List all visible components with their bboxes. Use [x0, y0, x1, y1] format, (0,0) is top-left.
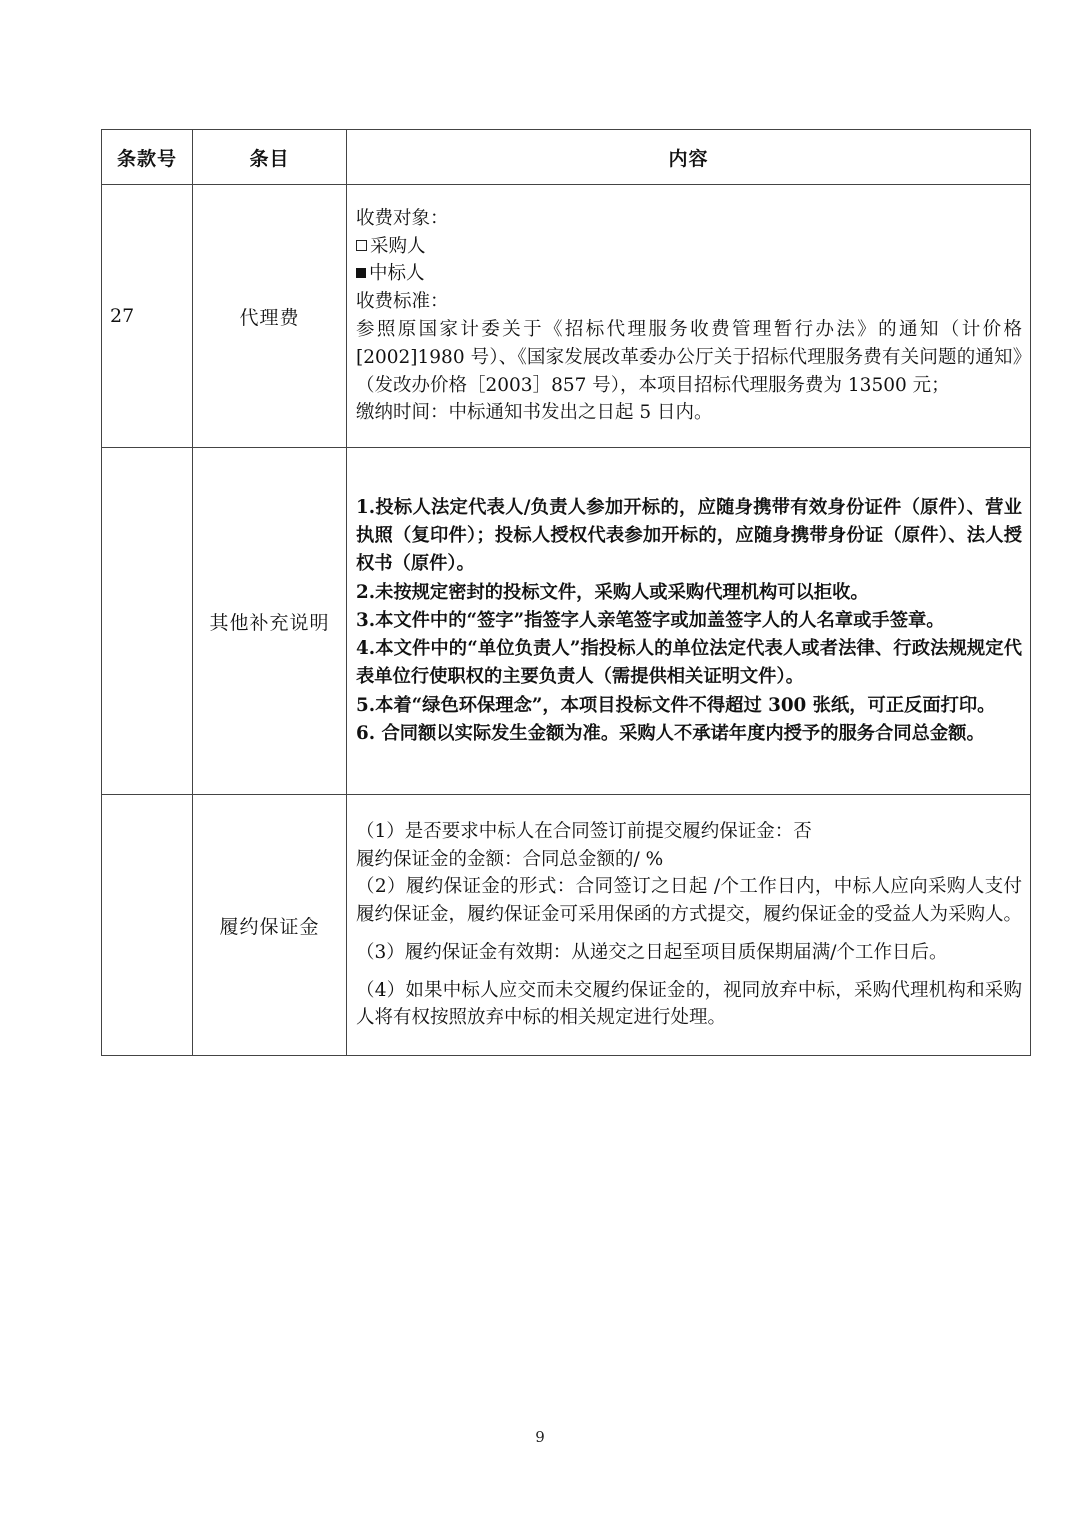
bond-item: （1）是否要求中标人在合同签订前提交履约保证金：否: [356, 818, 1022, 846]
clause-item: 代理费: [193, 185, 347, 448]
clause-table: 条款号 条目 内容 27 代理费 收费对象： 采购人 中标人 收费标准：: [101, 129, 1031, 1056]
clause-number: 27: [102, 185, 193, 448]
note-item: 4.本文件中的“单位负责人”指投标人的单位法定代表人或者法律、行政法规规定代表单…: [356, 635, 1022, 691]
table-row-performance-bond: 履约保证金 （1）是否要求中标人在合同签订前提交履约保证金：否 履约保证金的金额…: [102, 795, 1031, 1056]
table-row-supplementary-notes: 其他补充说明 1.投标人法定代表人/负责人参加开标的，应随身携带有效身份证件（原…: [102, 448, 1031, 795]
option-label: 中标人: [369, 263, 425, 284]
bond-item: 履约保证金的金额：合同总金额的/ %: [356, 846, 1022, 874]
table-header-row: 条款号 条目 内容: [102, 130, 1031, 185]
clause-number: [102, 795, 193, 1056]
unchecked-box-icon: [356, 240, 367, 251]
clause-content: （1）是否要求中标人在合同签订前提交履约保证金：否 履约保证金的金额：合同总金额…: [347, 795, 1031, 1056]
bond-item: （3）履约保证金有效期：从递交之日起至项目质保期届满/个工作日后。: [356, 939, 1022, 967]
charge-standard-text: 参照原国家计委关于《招标代理服务收费管理暂行办法》的通知（计价格[2002]19…: [356, 316, 1022, 399]
header-clause-no: 条款号: [102, 130, 193, 185]
checked-box-icon: [356, 268, 366, 278]
clause-item: 履约保证金: [193, 795, 347, 1056]
option-purchaser: 采购人: [356, 233, 1022, 261]
note-item: 3.本文件中的“签字”指签字人亲笔签字或加盖签字人的人名章或手签章。: [356, 607, 1022, 635]
note-item: 5.本着“绿色环保理念”，本项目投标文件不得超过 300 张纸，可正反面打印。: [356, 692, 1022, 720]
table-row-agency-fee: 27 代理费 收费对象： 采购人 中标人 收费标准： 参照原国家计委关于《招标代…: [102, 185, 1031, 448]
document-page: 条款号 条目 内容 27 代理费 收费对象： 采购人 中标人 收费标准：: [0, 0, 1080, 1527]
charge-target-label: 收费对象：: [356, 205, 1022, 233]
charge-standard-label: 收费标准：: [356, 288, 1022, 316]
option-winning-bidder: 中标人: [356, 260, 1022, 288]
clause-content: 1.投标人法定代表人/负责人参加开标的，应随身携带有效身份证件（原件）、营业执照…: [347, 448, 1031, 795]
bond-item: （2）履约保证金的形式：合同签订之日起 /个工作日内，中标人应向采购人支付履约保…: [356, 873, 1022, 929]
page-number: 9: [0, 1428, 1080, 1446]
note-item: 6. 合同额以实际发生金额为准。采购人不承诺年度内授予的服务合同总金额。: [356, 720, 1022, 748]
clause-content: 收费对象： 采购人 中标人 收费标准： 参照原国家计委关于《招标代理服务收费管理…: [347, 185, 1031, 448]
option-label: 采购人: [370, 236, 426, 257]
note-item: 2.未按规定密封的投标文件，采购人或采购代理机构可以拒收。: [356, 579, 1022, 607]
clause-item: 其他补充说明: [193, 448, 347, 795]
header-item: 条目: [193, 130, 347, 185]
clause-number: [102, 448, 193, 795]
header-content: 内容: [347, 130, 1031, 185]
note-item: 1.投标人法定代表人/负责人参加开标的，应随身携带有效身份证件（原件）、营业执照…: [356, 494, 1022, 579]
payment-time: 缴纳时间：中标通知书发出之日起 5 日内。: [356, 399, 1022, 427]
bond-item: （4）如果中标人应交而未交履约保证金的，视同放弃中标，采购代理机构和采购人将有权…: [356, 977, 1022, 1033]
